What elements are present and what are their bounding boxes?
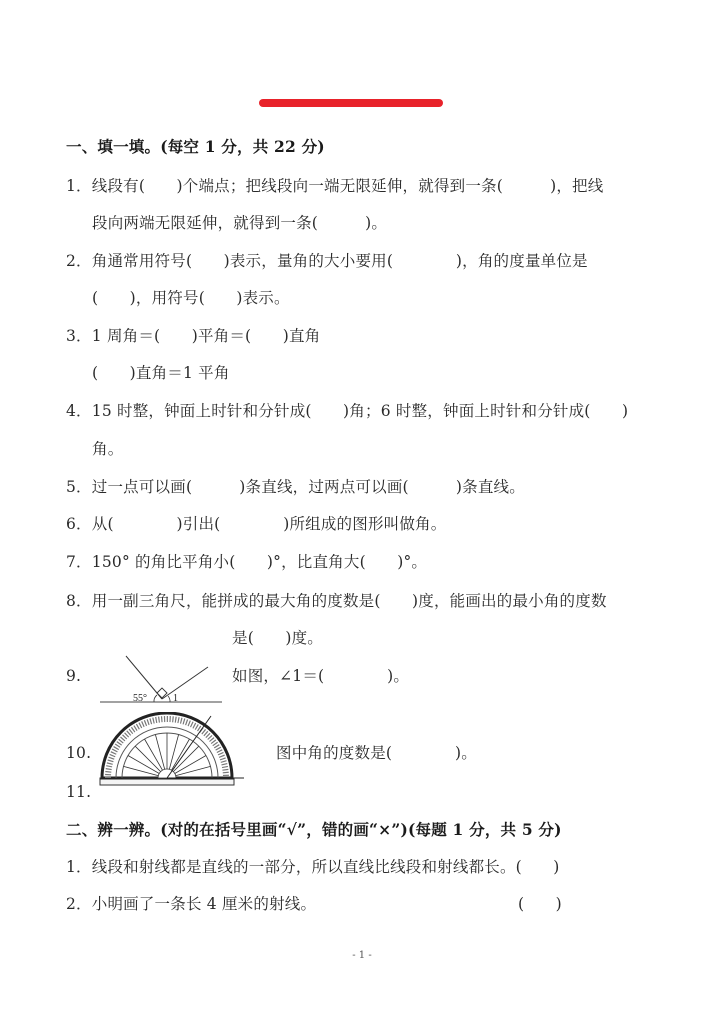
q4-line2: 角。: [92, 439, 123, 459]
q6: 6．从( )引出( )所组成的图形叫做角。: [66, 514, 446, 534]
page-number: - 1 -: [0, 950, 724, 961]
section2-title: 二、辨一辨。(对的在括号里画“√”，错的画“×”)(每题 1 分，共 5 分): [66, 820, 562, 840]
judge-q1: 1．线段和射线都是直线的一部分，所以直线比线段和射线都长。( ): [66, 857, 560, 877]
q8-line1: 8．用一副三角尺，能拼成的最大角的度数是( )度，能画出的最小角的度数: [66, 591, 607, 611]
q1-line1: 1．线段有( )个端点；把线段向一端无限延伸，就得到一条( )，把线: [66, 176, 603, 196]
angle-55-label: 55°: [133, 693, 147, 704]
q7: 7．150° 的角比平角小( )°，比直角大( )°。: [66, 552, 427, 572]
q8-line2: 是( )度。: [232, 628, 323, 648]
judge-q2-text: 2．小明画了一条长 4 厘米的射线。: [66, 894, 316, 914]
q2-line2: ( )，用符号( )表示。: [92, 288, 290, 308]
q3-line2: ( )直角＝1 平角: [92, 363, 230, 383]
q2-line1: 2．角通常用符号( )表示，量角的大小要用( )，角的度量单位是: [66, 251, 588, 271]
header-red-bar: [259, 99, 443, 107]
q10-text: 图中角的度数是( )。: [276, 743, 477, 763]
q3-line1: 3．1 周角＝( )平角＝( )直角: [66, 326, 320, 346]
judge-q2-blank: ( ): [518, 894, 562, 914]
q5: 5．过一点可以画( )条直线，过两点可以画( )条直线。: [66, 477, 525, 497]
q1-line2: 段向两端无限延伸，就得到一条( )。: [92, 213, 387, 233]
angle-figure: 55° 1: [96, 650, 226, 706]
angle-1-label: 1: [173, 693, 178, 704]
q10-number: 10.: [66, 743, 91, 763]
section1-title: 一、填一填。(每空 1 分，共 22 分): [66, 137, 325, 157]
q9-number: 9.: [66, 666, 81, 686]
q11-number: 11.: [66, 782, 91, 802]
q9-text: 如图，∠1＝( )。: [232, 666, 409, 686]
protractor-figure: [98, 712, 244, 788]
q4-line1: 4．15 时整，钟面上时针和分针成( )角；6 时整，钟面上时针和分针成( ): [66, 401, 628, 421]
